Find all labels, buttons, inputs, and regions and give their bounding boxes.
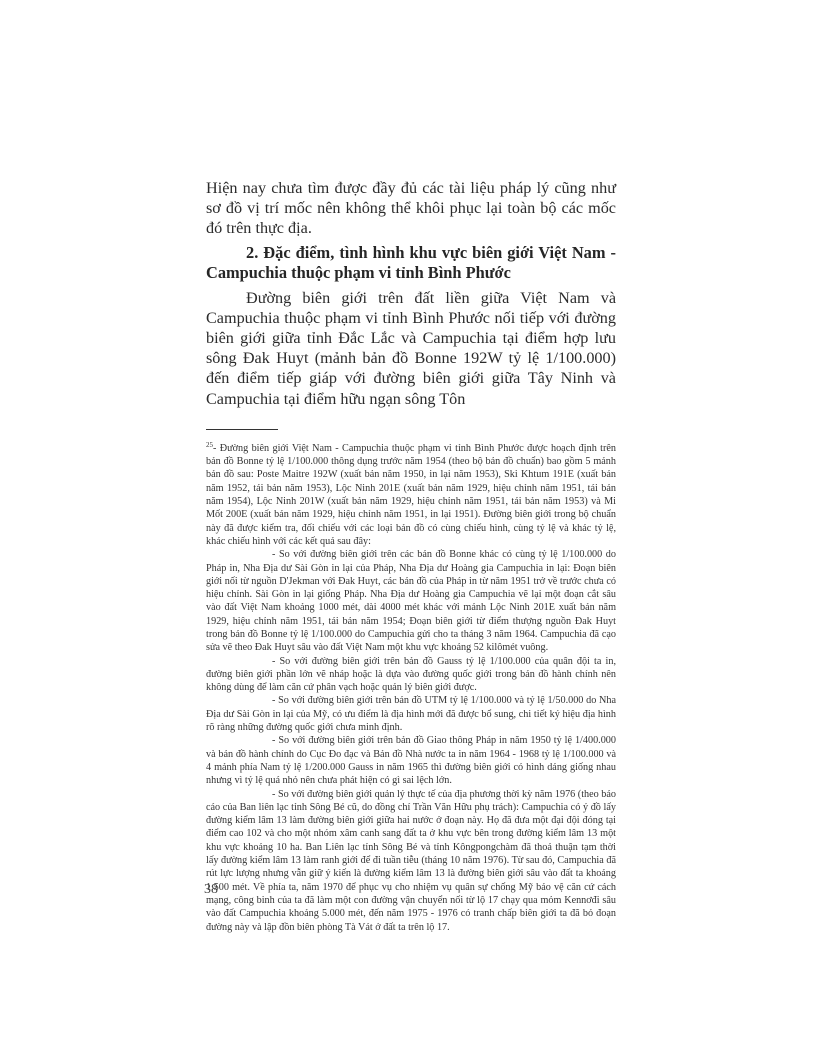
footnote: 25- Đường biên giới Việt Nam - Campuchia…: [206, 439, 616, 934]
paragraph-main: Đường biên giới trên đất liền giữa Việt …: [206, 288, 616, 409]
footnote-paragraph: - So với đường biên giới trên bản đồ Gia…: [206, 734, 616, 787]
footnote-divider: [206, 429, 278, 430]
body-text: Hiện nay chưa tìm được đầy đủ các tài li…: [206, 178, 616, 409]
page-number: 38: [204, 882, 218, 898]
page-content: Hiện nay chưa tìm được đầy đủ các tài li…: [206, 178, 616, 934]
footnote-paragraph: - So với đường biên giới trên các bản đồ…: [206, 548, 616, 654]
footnote-paragraph: 25- Đường biên giới Việt Nam - Campuchia…: [206, 439, 616, 548]
footnote-paragraph: - So với đường biên giới trên bản đồ UTM…: [206, 694, 616, 734]
section-heading: 2. Đặc điểm, tình hình khu vực biên giới…: [206, 243, 616, 284]
paragraph-intro: Hiện nay chưa tìm được đầy đủ các tài li…: [206, 178, 616, 239]
footnote-paragraph: - So với đường biên giới trên bản đồ Gau…: [206, 655, 616, 695]
footnote-number: 25: [206, 441, 213, 449]
footnote-paragraph: - So với đường biên giới quản lý thực tế…: [206, 788, 616, 934]
